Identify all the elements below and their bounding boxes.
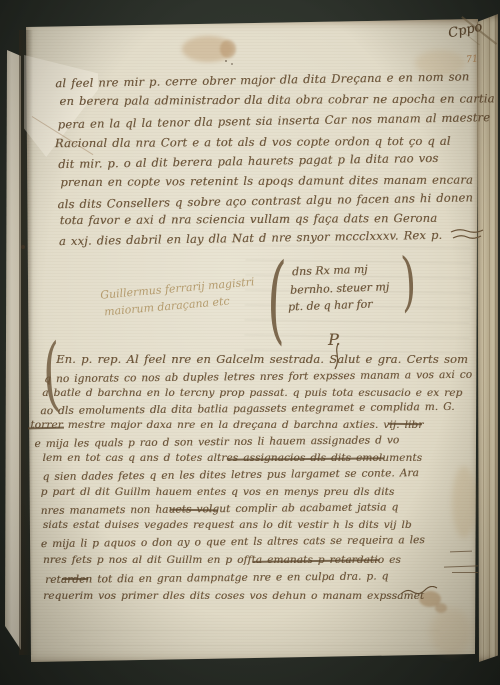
manuscript-line: requerim vos primer dles dits coses vos … [43,590,424,602]
manuscript-line: a batle d barchna en lo tercny prop pass… [42,387,462,399]
gutter-shadow [19,30,33,655]
manuscript-line: siats estat duises vegades request ans l… [43,519,412,531]
manuscript-line: q no ignorats co nos ab duples letres nr… [44,369,472,385]
line-filler [452,572,478,573]
manuscript-line: torrer mestre major daxa nre en la dreça… [30,419,423,431]
manuscript-line: retarden tot dia en gran dampnatge nre e… [45,570,388,586]
manuscript-line: nres manamets non hauets volgut complir … [41,501,399,517]
end-flourish [400,586,440,602]
manuscript-line: En. p. rep. Al feel nre en Galcelm sestr… [56,352,468,366]
manuscript-photo: Cppo 71 al feel nre mir p. cerre obrer m… [0,0,500,685]
letter-2: En. p. rep. Al feel nre en Galcelm sestr… [0,0,500,685]
manuscript-line: e mija les quals p rao d son vestir nos … [34,434,399,450]
manuscript-line: e mija li p aquos o don ay o que ent ls … [41,534,425,550]
manuscript-line: p part dl dit Guillm hauem entes q vos e… [41,486,395,498]
manuscript-line: ao dls emoluments dla dita batlia pagass… [40,401,455,417]
strike-mark [62,578,88,580]
manuscript-line: q sien dades fetes q en les dites letres… [43,467,419,483]
